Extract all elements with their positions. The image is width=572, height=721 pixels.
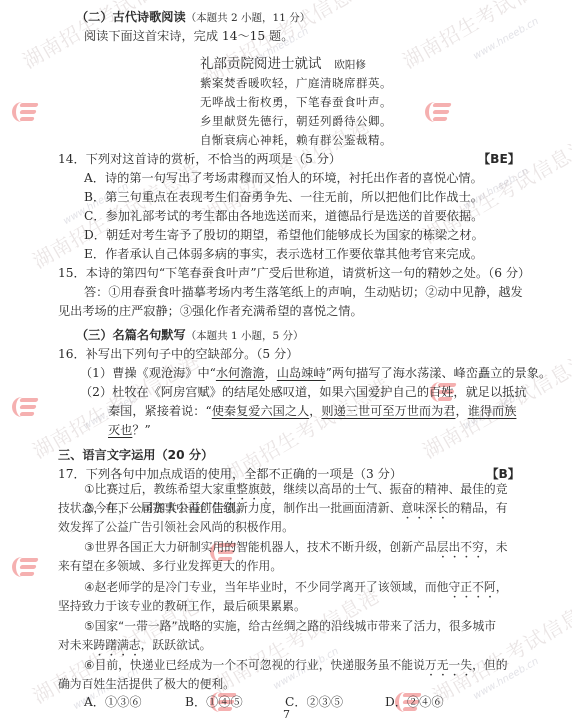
fill-blank: 则递三世可至万世而为君 <box>321 404 455 418</box>
sentence-text: ，跃跃欲试。 <box>141 638 212 652</box>
fill-item-2-cont: 秦国，紧接着说：“使秦复爱六国之人，则递三世可至万世而为君，谁得而族 <box>108 402 516 421</box>
option-e: E．作者承认自己体弱多病的事实，表示选材工作要依靠其他考官来完成。 <box>84 245 483 264</box>
watermark-text: 湖南招生考试信息港 <box>400 0 572 71</box>
hneeb-logo-icon <box>12 395 42 419</box>
poem-line: 无哗战士衔枚勇，下笔春蚕食叶声。 <box>200 93 392 112</box>
poem-line: 紫案焚香暖吹轻，广庭清晓席群英。 <box>200 74 392 93</box>
fill-blank: 山岛竦峙 <box>277 366 326 380</box>
fill-blank: 谁得而族 <box>468 404 517 418</box>
sentence-text: 的精品，有 <box>449 501 508 515</box>
section-note: （本题共 1 小题，5 分） <box>186 330 304 342</box>
fill-text: ， <box>265 366 277 380</box>
question-stem: 15．本诗的第四句“下笔春蚕食叶声”广受后世称道，请赏析这一句的精妙之处。（6 … <box>58 264 530 283</box>
exam-page: 湖南招生考试信息港 湖南招生考试信息港 湖南招生考试信息港 www.hneeb.… <box>0 0 572 721</box>
answer-text: 答：①用春蚕食叶描摹考场内考生落笔纸上的声响，生动贴切；②动中见静，越发 <box>84 283 523 302</box>
fill-text: ， <box>455 404 467 418</box>
section-intro: 阅读下面这首宋诗，完成 14～15 题。 <box>84 27 293 46</box>
marked-idiom: 踌躇满志 <box>93 638 140 652</box>
sentence-text: ，但的 <box>472 658 507 672</box>
part-heading: 三、语言文字运用（20 分） <box>58 446 213 465</box>
fill-item-2-end: 灭也？” <box>108 421 151 440</box>
fill-item-2: （2）杜牧在《阿房宫赋》的结尾处感叹道，如果六国爱护自己的百姓，就足以抵抗 <box>80 383 527 402</box>
fill-text: ， <box>309 404 321 418</box>
marked-idiom: 层出不穷 <box>437 540 484 554</box>
sentence-text: ③世界各国正大力研制实用的智能机器人，技术不断升级，创新产品 <box>84 540 437 554</box>
choice-b: B．①④⑤ <box>185 693 243 712</box>
answer-key: 【BE】 <box>478 150 520 169</box>
sentence-text: ②今年，公司加大公益广告创新力度，制作出一批画面清新、 <box>84 501 401 515</box>
sentence-text: 对未来 <box>58 638 93 652</box>
fill-blank: 水何澹澹 <box>216 366 265 380</box>
option-d: D．朝廷对考生寄予了殷切的期望，希望他们能够成长为国家的栋梁之材。 <box>84 226 484 245</box>
choice-d: D．②④⑥ <box>385 693 444 712</box>
fill-text: ？” <box>132 423 150 437</box>
section-heading: （二）古代诗歌阅读（本题共 2 小题，11 分） <box>76 8 310 28</box>
option-c: C．参加礼部考试的考生都由各地选送而来，道德品行是选送的首要依据。 <box>84 207 483 226</box>
hneeb-logo-icon <box>425 100 455 124</box>
hneeb-logo-icon <box>12 555 42 579</box>
poem-title: 礼部贡院阅进士就试 <box>200 56 322 72</box>
sentence-text: ，未 <box>484 540 508 554</box>
poem-line: 自惭衰病心神耗，赖有群公鉴裁精。 <box>200 131 392 150</box>
fill-text: 秦国，紧接着说：“ <box>108 404 212 418</box>
sentence-5: ⑤国家“一带一路”战略的实施，给古丝绸之路的沿线城市带来了活力，很多城市 <box>84 617 496 636</box>
sentence-text: ，继续以高昂的士气、振奋的精神、最佳的竞 <box>272 482 508 496</box>
sentence-4-cont: 坚持致力于该专业的教研工作，最后硕果累累。 <box>58 597 306 616</box>
fill-text: ”两句描写了海水荡漾、峰峦矗立的景象。 <box>326 366 552 380</box>
watermark-url: www.hneeb.cn <box>470 13 543 66</box>
sentence-3-cont: 来有望在多领域、多行业发挥更大的作用。 <box>58 557 282 576</box>
poem-title-line: 礼部贡院阅进士就试 欧阳修 <box>200 55 366 75</box>
marked-idiom: 万无一失 <box>425 658 472 672</box>
option-b: B．第三句重点在表现考生们奋勇争先、一往无前，所以把他们比作战士。 <box>84 188 483 207</box>
poem-line: 乡里献贤先德行，朝廷列爵待公卿。 <box>200 112 392 131</box>
question-stem: 16．补写出下列句子中的空缺部分。（5 分） <box>58 345 298 364</box>
fill-blank: 灭也 <box>108 423 132 437</box>
sentence-text: ①比赛过后，教练希望大家 <box>84 482 224 496</box>
sentence-text: ④赵老师学的是冷门专业，当年毕业时，不少同学离开了该领域，而他 <box>84 580 448 594</box>
section-title: （三）名篇名句默写 <box>76 328 186 342</box>
sentence-text: ⑥目前，快递业已经成为一个不可忽视的行业，快递服务虽不能说 <box>84 658 425 672</box>
sentence-text: ， <box>496 580 508 594</box>
section-heading: （三）名篇名句默写（本题共 1 小题，5 分） <box>76 326 304 346</box>
question-stem: 14．下列对这首诗的赏析，不恰当的两项是（5 分） <box>58 150 341 169</box>
sentence-2-cont: 效发挥了公益广告引领社会风尚的积极作用。 <box>58 518 294 537</box>
poem-author: 欧阳修 <box>334 59 366 71</box>
fill-text: （1）曹操《观沧海》中“ <box>80 366 216 380</box>
sentence-6-cont: 确为百姓生活提供了极大的便利。 <box>58 675 235 694</box>
section-title: （二）古代诗歌阅读 <box>76 10 186 24</box>
watermark-text: 湖南招生考试信息港 <box>430 596 572 707</box>
answer-text: 见出考场的庄严寂静；③强化作者充满希望的喜悦之情。 <box>58 302 363 321</box>
option-a: A．诗的第一句写出了考场肃穆而又怡人的环境，衬托出作者的喜悦心情。 <box>84 169 483 188</box>
section-note: （本题共 2 小题，11 分） <box>186 12 311 24</box>
choice-c: C．②③⑤ <box>285 693 343 712</box>
page-number: 7 <box>283 706 290 721</box>
marked-idiom: 重整旗鼓 <box>224 482 271 496</box>
hneeb-logo-icon <box>12 100 42 124</box>
choice-a: A．①③⑥ <box>84 693 142 712</box>
fill-blank: 使秦复爱六国之人 <box>212 404 310 418</box>
marked-idiom: 意味深长 <box>401 501 448 515</box>
fill-item-1: （1）曹操《观沧海》中“水何澹澹，山岛竦峙”两句描写了海水荡漾、峰峦矗立的景象。 <box>80 364 551 383</box>
marked-idiom: 守正不阿 <box>448 580 495 594</box>
